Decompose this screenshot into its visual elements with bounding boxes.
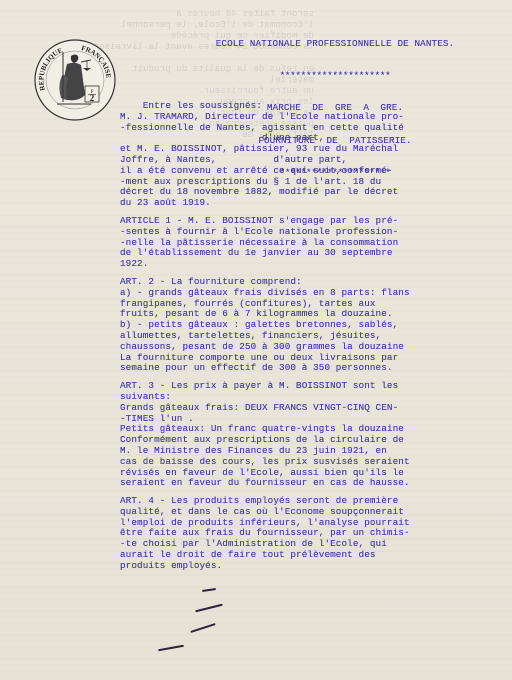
body-line: du 23 août 1919. — [120, 198, 410, 209]
body-line: chaussons, pesant de 250 à 300 grammes l… — [120, 342, 410, 353]
revenue-stamp-seal-icon: REPUBLIQUE FRANÇAISE F 2 — [33, 38, 117, 122]
body-line: a) - grands gâteaux frais divisés en 8 p… — [120, 288, 410, 299]
body-line: il a été convenu et arrêté ce qui suit,c… — [120, 166, 410, 177]
body-line: de l'établissement du 1e janvier au 30 s… — [120, 248, 410, 259]
body-line: seraient en faveur du fournisseur en cas… — [120, 478, 410, 489]
contract-body: Entre les soussignés:M. J. TRAMARD, Dire… — [120, 101, 410, 572]
star-separator: ********************* — [170, 71, 500, 82]
body-line: produits employés. — [120, 561, 410, 572]
body-line: 1922. — [120, 259, 410, 270]
body-line: Grands gâteaux frais: DEUX FRANCS VINGT-… — [120, 403, 410, 414]
body-line: M. J. TRAMARD, Directeur de l'Ecole nati… — [120, 112, 410, 123]
body-line: -sentes à fournir à l'Ecole nationale pr… — [120, 227, 410, 238]
body-line: semaine pour un effectif de 300 à 350 pe… — [120, 363, 410, 374]
school-name: ECOLE NATIONALE PROFESSIONNELLE DE NANTE… — [170, 39, 500, 50]
body-line: cas de baisse des cours, les prix susvis… — [120, 457, 410, 468]
